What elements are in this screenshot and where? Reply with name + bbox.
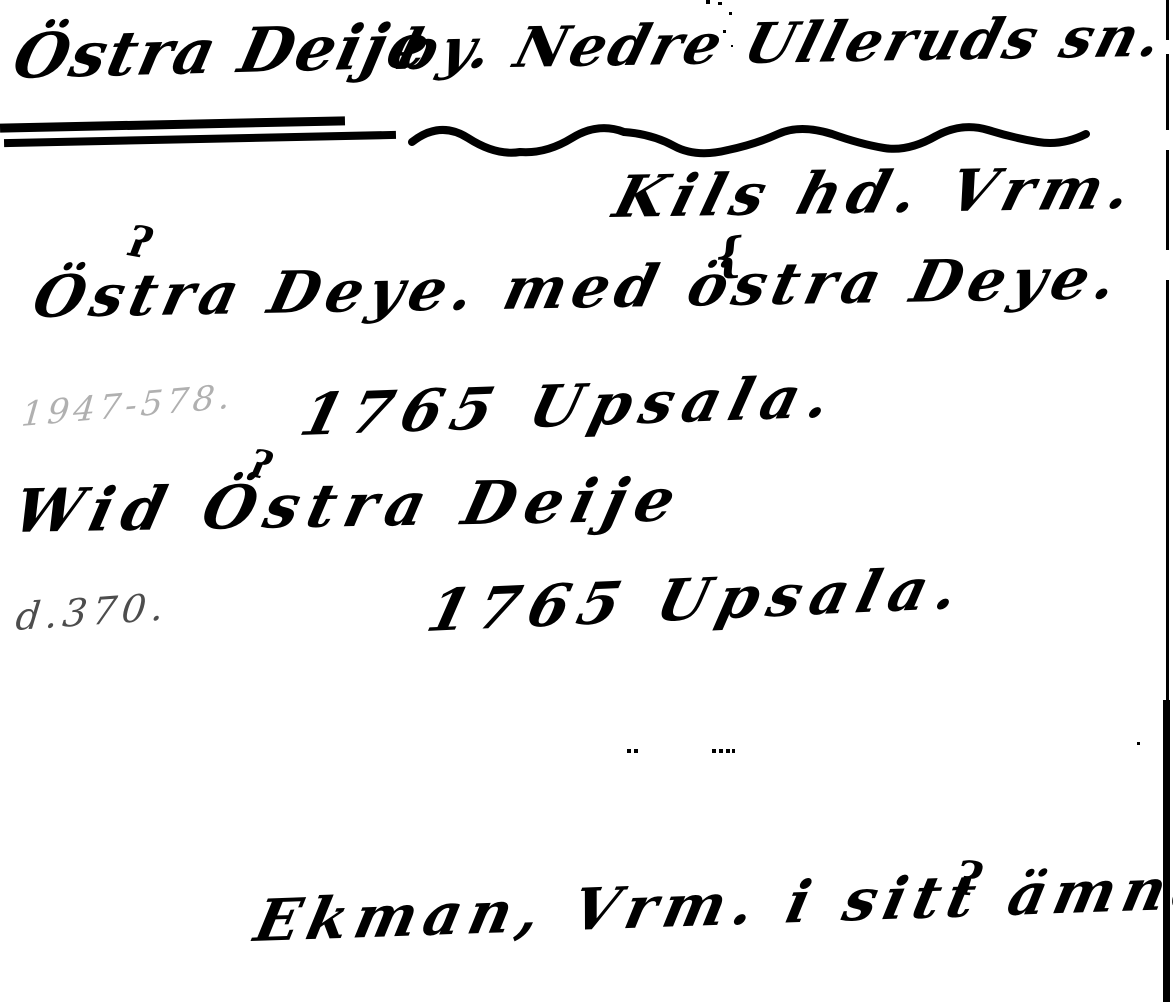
- entry2-imprint: 1765 Upsala.: [422, 559, 973, 640]
- ink-speck: [706, 0, 710, 4]
- entry2-shelf-ref: d.370.: [14, 588, 171, 636]
- ink-speck: [732, 749, 735, 753]
- ink-speck: [634, 749, 638, 753]
- ink-speck: [726, 749, 730, 753]
- location-line: by. Nedre Ulleruds sn.: [392, 9, 1171, 78]
- entry1-imprint: 1765 Upsala.: [295, 368, 845, 444]
- ink-speck: [1137, 742, 1140, 745]
- diacritic-hook-icon: ʔ: [954, 855, 984, 903]
- ink-speck: [718, 2, 722, 5]
- heading-underline-top: [0, 116, 345, 132]
- district-line: Kils hd. Vrm.: [608, 159, 1145, 226]
- ink-speck: [712, 749, 716, 753]
- scan-edge-artifact: [1163, 700, 1170, 1002]
- place-name-heading: Östra Deije: [8, 15, 437, 88]
- attribution-line: Ekman, Vrm. i sitt ämne.: [250, 858, 1173, 950]
- scan-edge-gap: [1165, 250, 1169, 280]
- diacritic-hook-icon: {: [712, 231, 746, 280]
- heading-underline-bottom: [4, 131, 396, 147]
- ink-speck: [723, 30, 726, 33]
- ink-speck: [719, 749, 723, 753]
- ink-speck: [729, 12, 732, 15]
- archive-card-scan: Östra Deije by. Nedre Ulleruds sn. Kils …: [0, 0, 1173, 1002]
- scan-edge-gap: [1165, 40, 1169, 54]
- diacritic-hook-icon: ʔ: [125, 220, 155, 265]
- entry1-title: Östra Deye. med östra Deye.: [28, 249, 1128, 326]
- ink-speck: [627, 749, 631, 753]
- entry2-title: Wid Östra Deije: [8, 470, 690, 542]
- ink-speck: [731, 45, 733, 47]
- scan-edge-gap: [1165, 130, 1169, 150]
- entry1-shelf-ref: 1947-578.: [20, 380, 235, 432]
